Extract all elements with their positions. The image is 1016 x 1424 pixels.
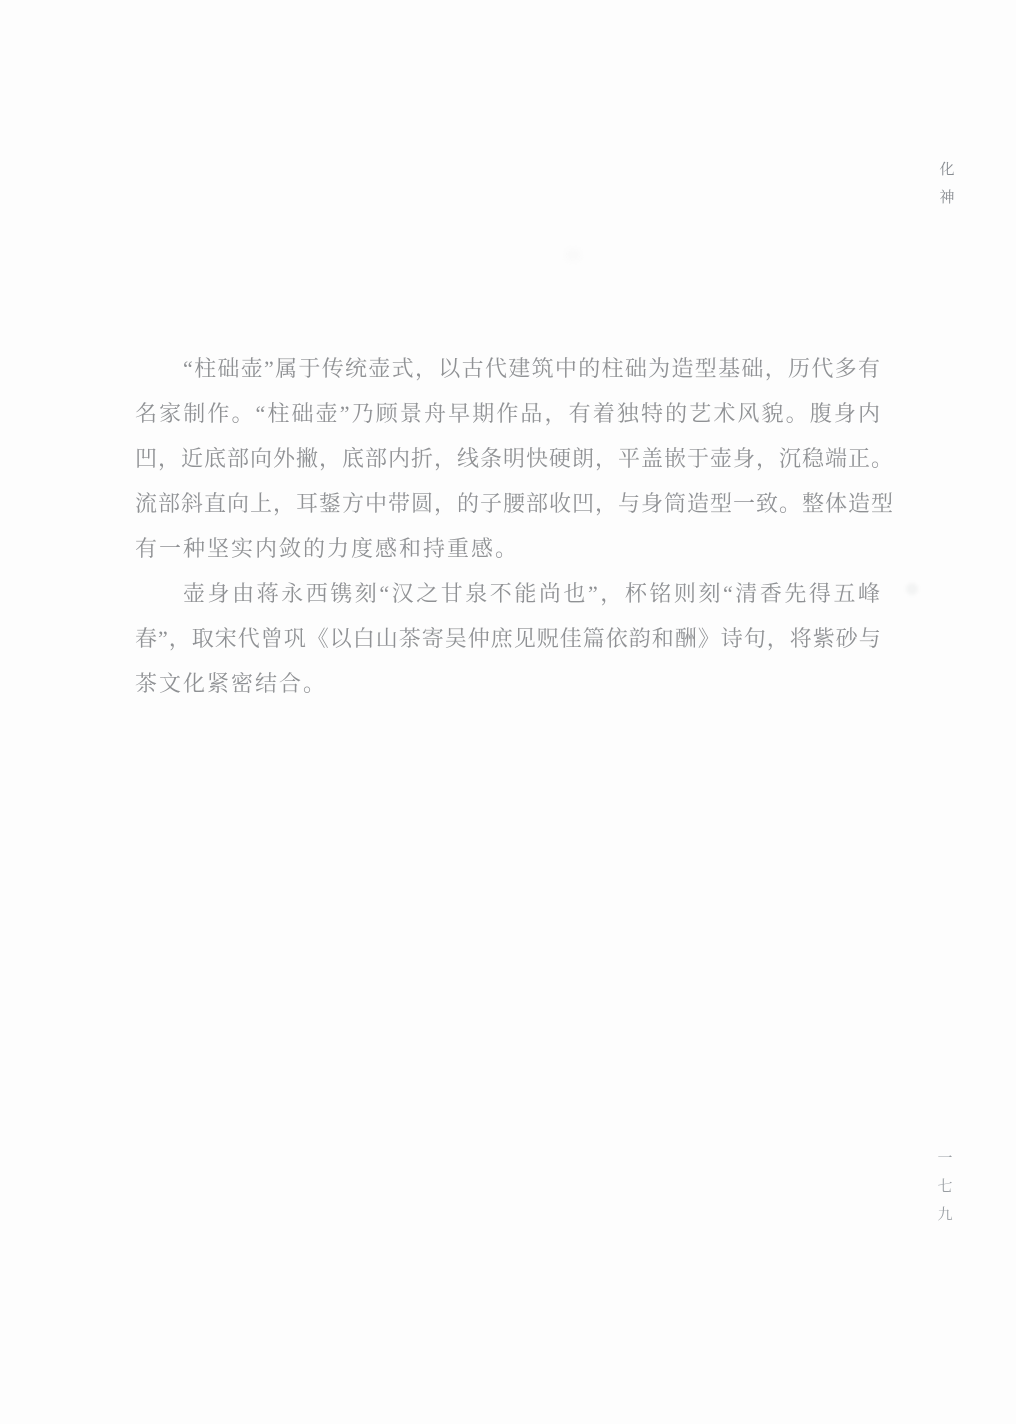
text-line: 茶文化紧密结合。 <box>135 661 881 706</box>
text-line: 有一种坚实内敛的力度感和持重感。 <box>135 526 881 571</box>
page-number-char: 七 <box>937 1180 952 1195</box>
page-number-char: 九 <box>937 1208 952 1223</box>
text-line: “柱础壶”属于传统壶式，以古代建筑中的柱础为造型基础，历代多有 <box>135 346 881 391</box>
text-line: 凹，近底部向外撇，底部内折，线条明快硬朗，平盖嵌于壶身，沉稳端正。 <box>135 436 881 481</box>
scan-smudge <box>906 583 918 595</box>
margin-title: 化 神 <box>938 163 956 206</box>
paragraph-2: 壶身由蒋永西镌刻“汉之甘泉不能尚也”，杯铭则刻“清香先得五峰 春”，取宋代曾巩《… <box>135 571 881 706</box>
page-number-char: 一 <box>937 1152 952 1167</box>
page-number: 一 七 九 <box>936 1152 954 1223</box>
text-line: 流部斜直向上，耳鋬方中带圆，的子腰部收凹，与身筒造型一致。整体造型 <box>135 481 881 526</box>
body-text: “柱础壶”属于传统壶式，以古代建筑中的柱础为造型基础，历代多有 名家制作。“柱础… <box>135 346 881 706</box>
book-page: 化 神 “柱础壶”属于传统壶式，以古代建筑中的柱础为造型基础，历代多有 名家制作… <box>0 0 1016 1424</box>
margin-title-char: 化 <box>939 163 954 178</box>
text-line: 春”，取宋代曾巩《以白山茶寄吴仲庶见贶佳篇依韵和酬》诗句，将紫砂与 <box>135 616 881 661</box>
scan-smudge <box>565 248 581 262</box>
text-line: 壶身由蒋永西镌刻“汉之甘泉不能尚也”，杯铭则刻“清香先得五峰 <box>135 571 881 616</box>
text-line: 名家制作。“柱础壶”乃顾景舟早期作品，有着独特的艺术风貌。腹身内 <box>135 391 881 436</box>
paragraph-1: “柱础壶”属于传统壶式，以古代建筑中的柱础为造型基础，历代多有 名家制作。“柱础… <box>135 346 881 571</box>
margin-title-char: 神 <box>939 191 954 206</box>
